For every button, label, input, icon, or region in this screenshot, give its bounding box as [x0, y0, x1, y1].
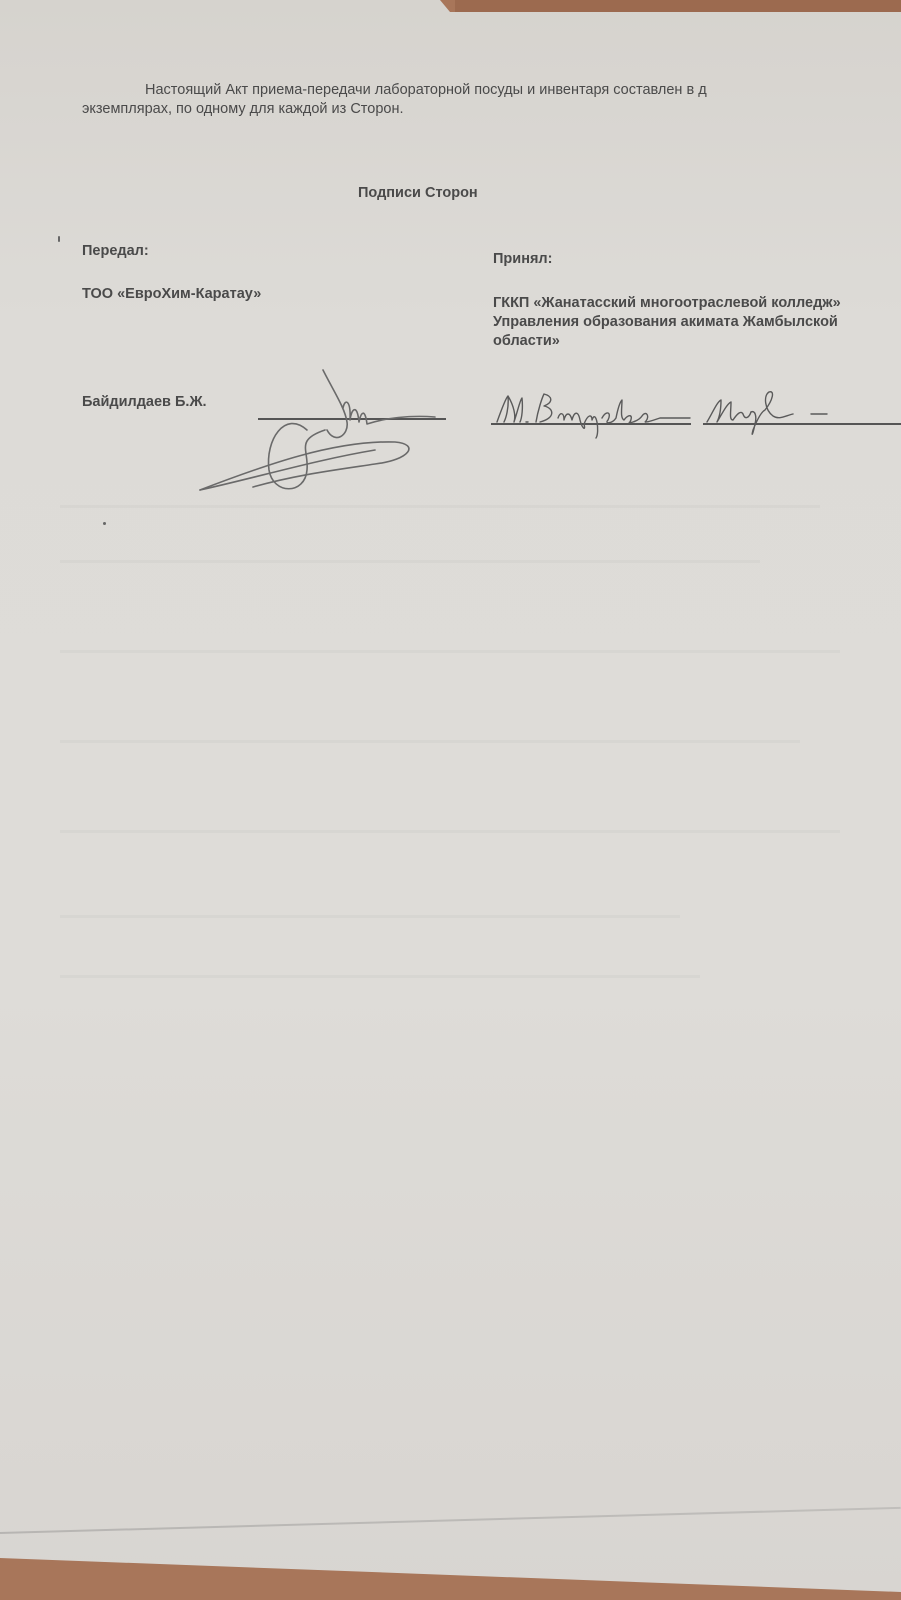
recipient-handwritten-name — [492, 388, 697, 438]
closing-paragraph-line-1: Настоящий Акт приема-передачи лабораторн… — [145, 82, 707, 98]
bleed-through-line — [60, 650, 840, 653]
bleed-through-line — [60, 560, 760, 563]
bleed-through-line — [60, 740, 800, 743]
recipient-label: Принял: — [493, 251, 552, 267]
transferor-signature — [195, 360, 455, 500]
document-page — [0, 0, 901, 1600]
bleed-through-line — [60, 975, 700, 978]
bleed-through-line — [60, 505, 820, 508]
closing-paragraph-line-2: экземплярах, по одному для каждой из Сто… — [82, 101, 404, 117]
bleed-through-line — [60, 830, 840, 833]
transferor-organization: ТОО «ЕвроХим-Каратау» — [82, 286, 261, 302]
recipient-signature — [703, 380, 883, 440]
bleed-through-line — [60, 915, 680, 918]
signatures-title: Подписи Сторон — [358, 185, 478, 201]
transferor-signer-name: Байдилдаев Б.Ж. — [82, 394, 207, 410]
ink-speck — [58, 236, 60, 242]
ink-speck — [103, 522, 106, 525]
recipient-organization: ГККП «Жанатасский многоотраслевой коллед… — [493, 294, 893, 351]
transferor-label: Передал: — [82, 243, 149, 259]
background-table-top — [455, 0, 901, 14]
